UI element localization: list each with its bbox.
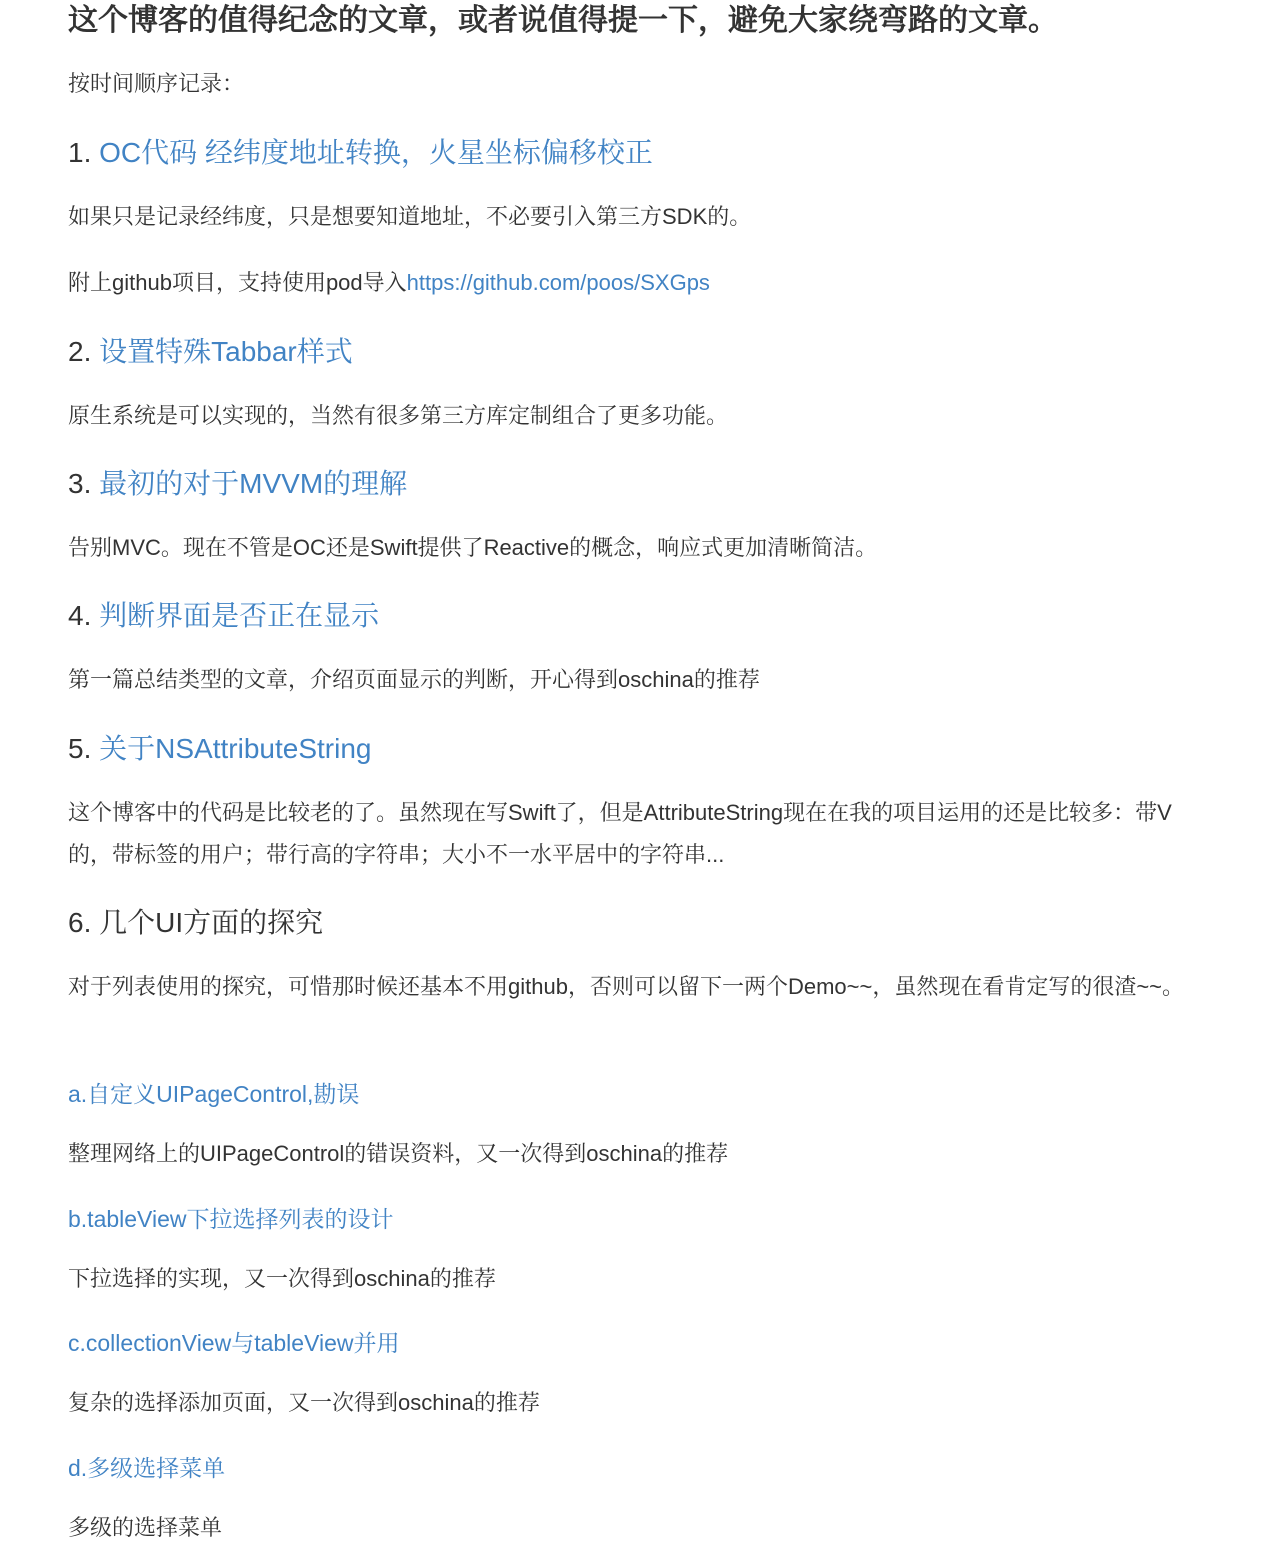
- subsection-b-desc: 下拉选择的实现，又一次得到oschina的推荐: [68, 1258, 496, 1300]
- section-1-heading: 1. OC代码 经纬度地址转换，火星坐标偏移校正: [68, 133, 653, 173]
- section-number: 3.: [68, 468, 99, 499]
- section-3-paragraph: 告别MVC。现在不管是OC还是Swift提供了Reactive的概念，响应式更加…: [68, 527, 877, 569]
- github-link[interactable]: https://github.com/poos/SXGps: [407, 270, 710, 295]
- section-1-github-line: 附上github项目，支持使用pod导入https://github.com/p…: [68, 262, 710, 304]
- section-number: 6.: [68, 907, 99, 938]
- subsection-a-desc: 整理网络上的UIPageControl的错误资料，又一次得到oschina的推荐: [68, 1133, 728, 1175]
- section-2-heading: 2. 设置特殊Tabbar样式: [68, 332, 353, 372]
- section-number: 2.: [68, 336, 99, 367]
- section-4-heading: 4. 判断界面是否正在显示: [68, 596, 379, 636]
- section-4-link[interactable]: 判断界面是否正在显示: [99, 600, 379, 631]
- subsection-a-heading: a.自定义UIPageControl,勘误: [68, 1076, 359, 1112]
- subsection-d-heading: d.多级选择菜单: [68, 1450, 225, 1486]
- section-3-link[interactable]: 最初的对于MVVM的理解: [99, 468, 407, 499]
- subsection-d-desc: 多级的选择菜单: [68, 1507, 222, 1544]
- section-2-link[interactable]: 设置特殊Tabbar样式: [99, 336, 353, 367]
- section-number: 4.: [68, 600, 99, 631]
- subsection-d-link[interactable]: d.多级选择菜单: [68, 1455, 225, 1481]
- section-2-paragraph: 原生系统是可以实现的，当然有很多第三方库定制组合了更多功能。: [68, 395, 728, 437]
- section-1-paragraph: 如果只是记录经纬度，只是想要知道地址，不必要引入第三方SDK的。: [68, 196, 751, 238]
- section-6-heading: 6. 几个UI方面的探究: [68, 903, 323, 943]
- subsection-b-heading: b.tableView下拉选择列表的设计: [68, 1201, 394, 1237]
- section-6-title: 几个UI方面的探究: [99, 907, 323, 938]
- github-prefix: 附上github项目，支持使用pod导入: [68, 270, 407, 295]
- section-1-link[interactable]: OC代码 经纬度地址转换，火星坐标偏移校正: [99, 137, 653, 168]
- subsection-c-desc: 复杂的选择添加页面，又一次得到oschina的推荐: [68, 1382, 540, 1424]
- section-5-link[interactable]: 关于NSAttributeString: [99, 733, 371, 764]
- section-4-paragraph: 第一篇总结类型的文章，介绍页面显示的判断，开心得到oschina的推荐: [68, 659, 760, 701]
- section-3-heading: 3. 最初的对于MVVM的理解: [68, 464, 407, 504]
- subsection-a-link[interactable]: a.自定义UIPageControl,勘误: [68, 1081, 359, 1107]
- subsection-b-link[interactable]: b.tableView下拉选择列表的设计: [68, 1206, 394, 1232]
- section-5-paragraph: 这个博客中的代码是比较老的了。虽然现在写Swift了，但是AttributeSt…: [68, 792, 1193, 876]
- subsection-c-link[interactable]: c.collectionView与tableView并用: [68, 1330, 400, 1356]
- section-5-heading: 5. 关于NSAttributeString: [68, 729, 371, 769]
- section-number: 5.: [68, 733, 99, 764]
- section-number: 1.: [68, 137, 99, 168]
- section-6-paragraph: 对于列表使用的探究，可惜那时候还基本不用github，否则可以留下一两个Demo…: [68, 966, 1193, 1008]
- subsection-c-heading: c.collectionView与tableView并用: [68, 1325, 400, 1361]
- page-title: 这个博客的值得纪念的文章，或者说值得提一下，避免大家绕弯路的文章。: [68, 0, 1058, 42]
- intro-text: 按时间顺序记录：: [68, 63, 244, 105]
